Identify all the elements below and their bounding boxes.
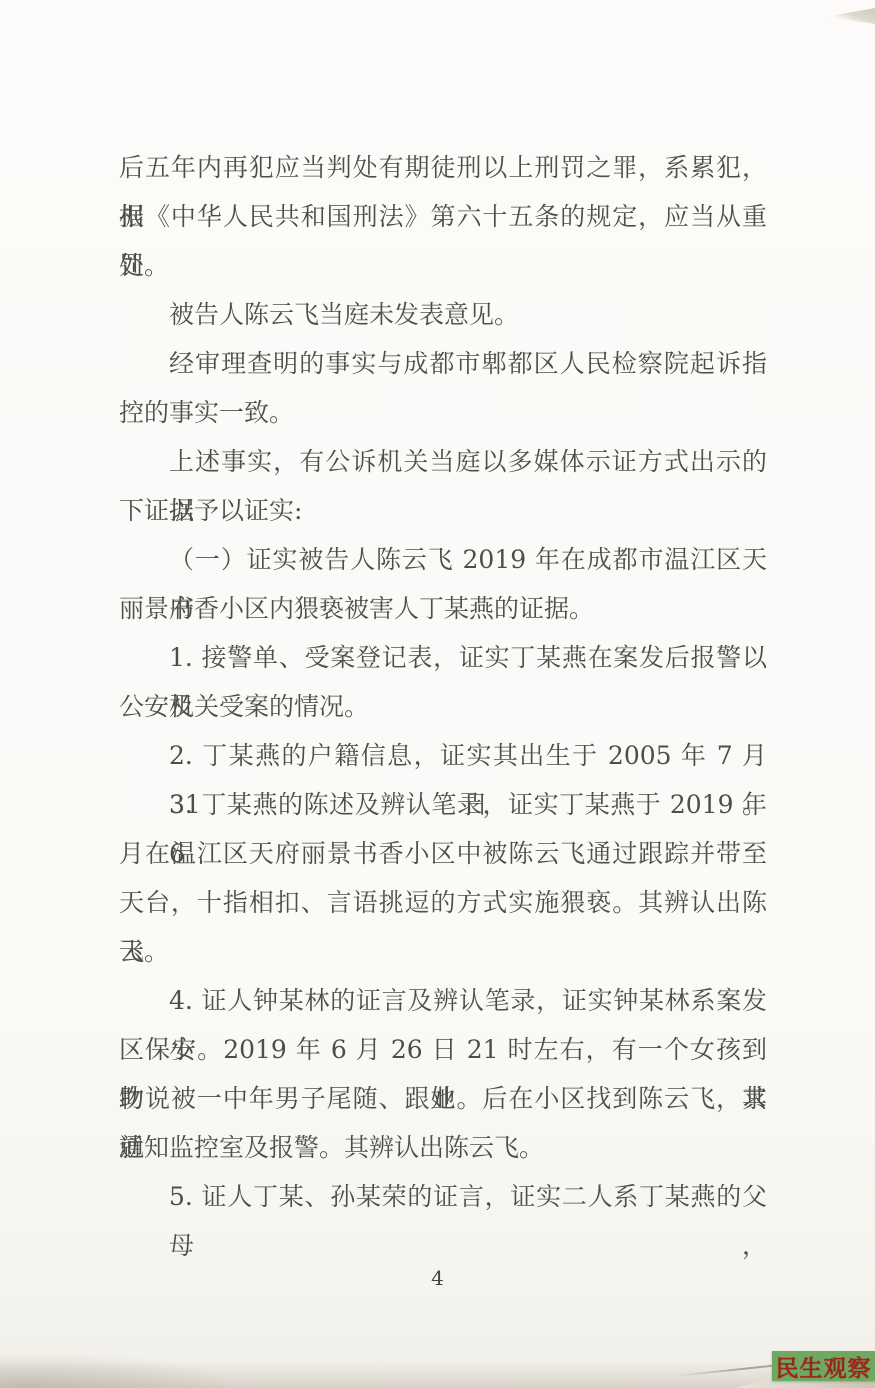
watermark-badge: 民生观察	[772, 1351, 875, 1381]
scanned-document-page: 后五年内再犯应当判处有期徒刑以上刑罚之罪，系累犯，根据《中华人民共和国刑法》第六…	[0, 0, 875, 1388]
text-line: 5. 证人丁某、孙某荣的证言，证实二人系丁某燕的父母，	[119, 1172, 767, 1221]
text-line: 4. 证人钟某林的证言及辨认笔录，证实钟某林系案发小	[119, 976, 767, 1025]
text-line: 公安机关受案的情况。	[119, 682, 767, 731]
page-number: 4	[0, 1266, 875, 1290]
text-line: 被告人陈云飞当庭未发表意见。	[119, 290, 767, 339]
text-line: 3. 丁某燕的陈述及辨认笔录，证实丁某燕于 2019 年 6	[119, 780, 767, 829]
text-line: 下证据予以证实:	[119, 486, 767, 535]
text-line: 月在温江区天府丽景书香小区中被陈云飞通过跟踪并带至	[119, 829, 767, 878]
scan-artifact-top-right	[827, 8, 875, 24]
text-line: 经审理查明的事实与成都市郫都区人民检察院起诉指	[119, 339, 767, 388]
scan-smudge-bottom-left	[0, 1354, 230, 1388]
text-line: （一）证实被告人陈云飞 2019 年在成都市温江区天府	[119, 535, 767, 584]
text-line: 1. 接警单、受案登记表，证实丁某燕在案发后报警以及	[119, 633, 767, 682]
text-line: 上述事实，有公诉机关当庭以多媒体示证方式出示的以	[119, 437, 767, 486]
text-line: 罚。	[119, 241, 767, 290]
text-line: 控的事实一致。	[119, 388, 767, 437]
text-line: 助说被一中年男子尾随、跟她。后在小区找到陈云飞，其就	[119, 1074, 767, 1123]
text-line: 区保安。2019 年 6 月 26 日 21 时左右，有一个女孩到物业求	[119, 1025, 767, 1074]
text-line: 通知监控室及报警。其辨认出陈云飞。	[119, 1123, 767, 1172]
text-line: 据《中华人民共和国刑法》第六十五条的规定，应当从重处	[119, 192, 767, 241]
text-line: 后五年内再犯应当判处有期徒刑以上刑罚之罪，系累犯，根	[119, 143, 767, 192]
document-body: 后五年内再犯应当判处有期徒刑以上刑罚之罪，系累犯，根据《中华人民共和国刑法》第六…	[119, 143, 767, 1221]
text-line: 丽景书香小区内猥亵被害人丁某燕的证据。	[119, 584, 767, 633]
text-line: 2. 丁某燕的户籍信息，证实其出生于 2005 年 7 月 31 日。	[119, 731, 767, 780]
text-line: 天台，十指相扣、言语挑逗的方式实施猥亵。其辨认出陈云	[119, 878, 767, 927]
text-line: 飞。	[119, 927, 767, 976]
